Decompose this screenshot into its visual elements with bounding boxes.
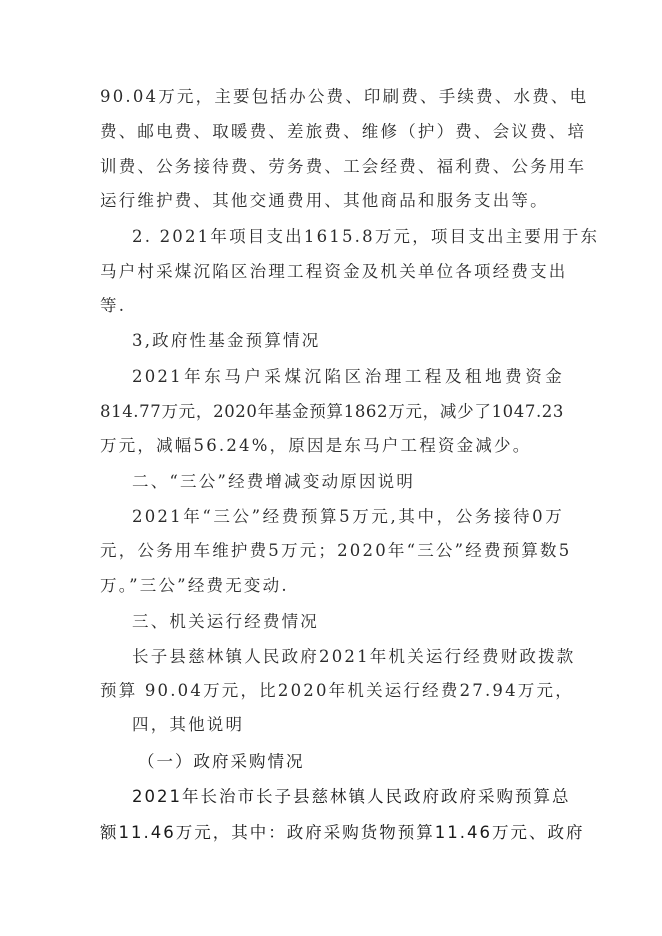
section-heading: 3,政府性基金预算情况 xyxy=(132,330,564,352)
paragraph-line: 运行维护费、其他交通费用、其他商品和服务支出等。 xyxy=(100,190,564,212)
paragraph-line: 90.04万元，主要包括办公费、印刷费、手续费、水费、电 xyxy=(100,86,564,108)
section-heading: 三、机关运行经费情况 xyxy=(132,611,564,633)
paragraph-line: 额11.46万元，其中：政府采购货物预算11.46万元、政府 xyxy=(100,822,564,844)
section-heading: 二、“三公”经费增减变动原因说明 xyxy=(132,471,564,493)
paragraph-line: 814.77万元，2020年基金预算1862万元，减少了1047.23 xyxy=(100,401,564,423)
paragraph-line: 预算 90.04万元，比2020年机关运行经费27.94万元， xyxy=(100,680,564,702)
paragraph-line: 训费、公务接待费、劳务费、工会经费、福利费、公务用车 xyxy=(100,156,564,178)
paragraph-line: 费、邮电费、取暖费、差旅费、维修（护）费、会议费、培 xyxy=(100,121,564,143)
paragraph-line: 马户村采煤沉陷区治理工程资金及机关单位各项经费支出 xyxy=(100,261,564,283)
paragraph-line: 元，公务用车维护费5万元；2020年“三公”经费预算数5 xyxy=(100,540,564,562)
section-heading: 四，其他说明 xyxy=(132,714,564,736)
paragraph-line: 长子县慈林镇人民政府2021年机关运行经费财政拨款 xyxy=(132,646,564,668)
paragraph-line: 万。”三公”经费无变动. xyxy=(100,575,564,597)
paragraph-line: 2. 2021年项目支出1615.8万元，项目支出主要用于东 xyxy=(132,226,564,248)
paragraph-line: 万元，减幅56.24%，原因是东马户工程资金减少。 xyxy=(100,435,564,457)
subsection-heading: （一）政府采购情况 xyxy=(138,751,602,773)
paragraph-line: 等. xyxy=(100,295,564,317)
paragraph-line: 2021年长治市长子县慈林镇人民政府政府采购预算总 xyxy=(132,786,564,808)
paragraph-line: 2021年东马户采煤沉陷区治理工程及租地费资金 xyxy=(132,366,564,388)
paragraph-line: 2021年“三公”经费预算5万元,其中，公务接待0万 xyxy=(132,506,564,528)
document-page: 90.04万元，主要包括办公费、印刷费、手续费、水费、电 费、邮电费、取暖费、差… xyxy=(0,0,662,936)
